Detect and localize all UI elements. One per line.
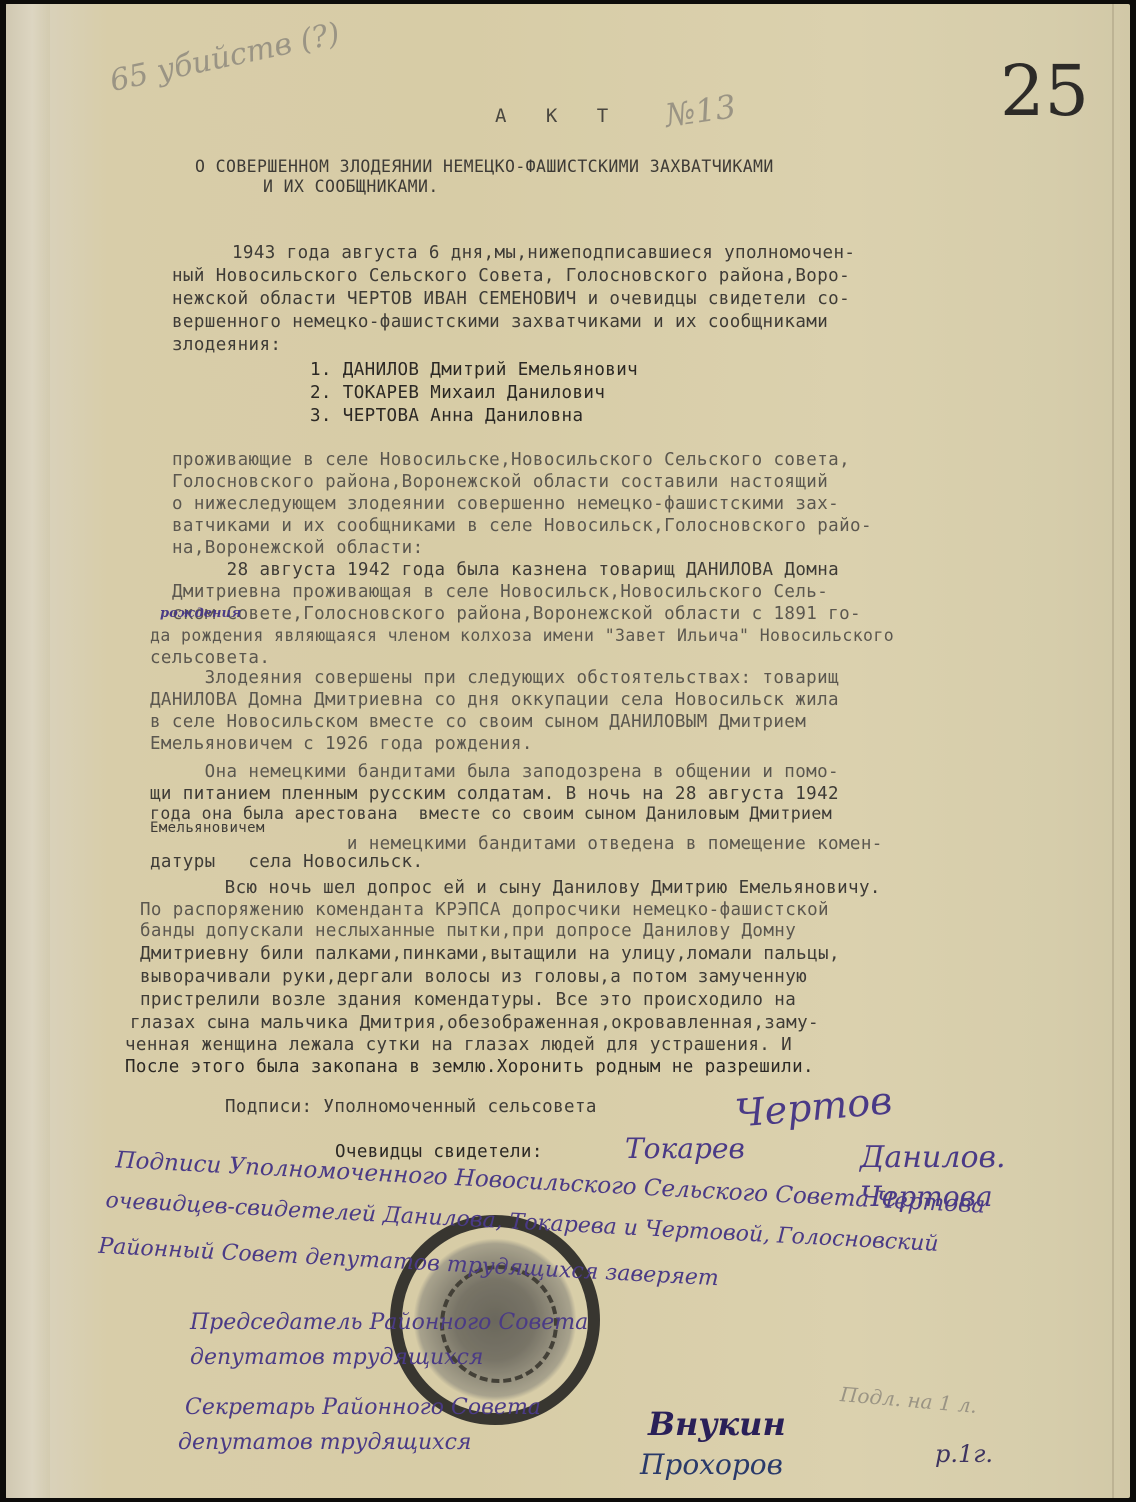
text-line: 1943 года августа 6 дня,мы,нижеподписавш… <box>232 243 855 263</box>
text-line: глазах сына мальчика Дмитрия,обезображен… <box>130 1013 819 1033</box>
text-line: ДАНИЛОВА Домна Дмитриевна со дня оккупац… <box>150 690 839 710</box>
text-line: злодеяния: <box>172 335 281 355</box>
text-line: сельсовета. <box>150 648 270 668</box>
text-line: Голосновского района,Воронежской области… <box>172 472 828 492</box>
text-line: нежской области ЧЕРТОВ ИВАН СЕМЕНОВИЧ и … <box>172 289 850 309</box>
witness-signature-danilov: Данилов. <box>860 1140 1006 1175</box>
chairman-line: Председатель Районного Совета <box>190 1310 588 1335</box>
text-line: на,Воронежской области: <box>172 538 424 558</box>
commissioner-label: Подписи: Уполномоченный сельсовета <box>225 1097 597 1117</box>
text-line: Всю ночь шел допрос ей и сыну Данилову Д… <box>170 878 881 898</box>
paper-binding-strip <box>6 4 50 1498</box>
text-line: ченная женщина лежала сутки на глазах лю… <box>125 1035 792 1055</box>
text-line: выворачивали руки,дергали волосы из голо… <box>140 967 807 987</box>
secretary-signature: Прохоров <box>640 1448 783 1481</box>
text-line: датуры села Новосильск. <box>150 852 423 872</box>
witnesses-label: Очевидцы свидетели: <box>335 1142 543 1162</box>
text-line: в селе Новосильском вместе со своим сыно… <box>150 712 806 732</box>
subtitle-line-1: О СОВЕРШЕННОМ ЗЛОДЕЯНИИ НЕМЕЦКО-ФАШИСТСК… <box>195 157 774 176</box>
pencil-note-page-count: р.1г. <box>935 1440 993 1468</box>
text-line: вершенного немецко-фашистскими захватчик… <box>172 312 828 332</box>
text-line: о нижеследующем злодеянии совершенно нем… <box>172 494 839 514</box>
secretary-line: Секретарь Районного Совета <box>185 1395 541 1420</box>
text-line: щи питанием пленным русским солдатам. В … <box>150 784 839 804</box>
chairman-line: депутатов трудящихся <box>190 1345 483 1370</box>
subtitle-line-2: И ИХ СООБЩНИКАМИ. <box>263 177 439 196</box>
text-line: Дмитриевна проживающая в селе Новосильск… <box>172 582 828 602</box>
witness-item: 1. ДАНИЛОВ Дмитрий Емельянович <box>310 360 638 380</box>
text-line: пристрелили возле здания комендатуры. Вс… <box>140 990 796 1010</box>
witness-item: 2. ТОКАРЕВ Михаил Данилович <box>310 383 605 403</box>
act-title: А К Т <box>495 105 622 127</box>
text-line: ный Новосильского Сельского Совета, Голо… <box>172 266 850 286</box>
text-line: Злодеяния совершены при следующих обстоя… <box>150 668 839 688</box>
chairman-signature: Внукин <box>648 1405 786 1443</box>
handwritten-insert: рождения <box>160 606 241 621</box>
secretary-line: депутатов трудящихся <box>178 1430 471 1455</box>
text-line: проживающие в селе Новосильске,Новосильс… <box>172 450 850 470</box>
text-line: да рождения являющаяся членом колхоза им… <box>150 626 894 645</box>
text-line: банды допускали неслыханные пытки,при до… <box>140 921 796 941</box>
text-line: ском Совете,Голосновского района,Воронеж… <box>172 604 861 624</box>
text-line: По распоряжению коменданта КРЭПСА допрос… <box>140 900 829 920</box>
text-line: Емельяновичем с 1926 года рождения. <box>150 734 533 754</box>
text-line: Она немецкими бандитами была заподозрена… <box>150 762 839 782</box>
witness-signature-tokarev: Токарев <box>625 1132 745 1165</box>
page-number: 25 <box>1000 50 1089 132</box>
text-line: и немецкими бандитами отведена в помещен… <box>150 834 883 854</box>
text-line: 28 августа 1942 года была казнена товари… <box>172 560 839 580</box>
text-line: После этого была закопана в землю.Хорони… <box>125 1057 814 1077</box>
paper-edge <box>1112 4 1114 1498</box>
witness-item: 3. ЧЕРТОВА Анна Даниловна <box>310 406 583 426</box>
text-line: Дмитриевну били палками,пинками,вытащили… <box>140 944 840 964</box>
text-line: ватчиками и их сообщниками в селе Новоси… <box>172 516 872 536</box>
